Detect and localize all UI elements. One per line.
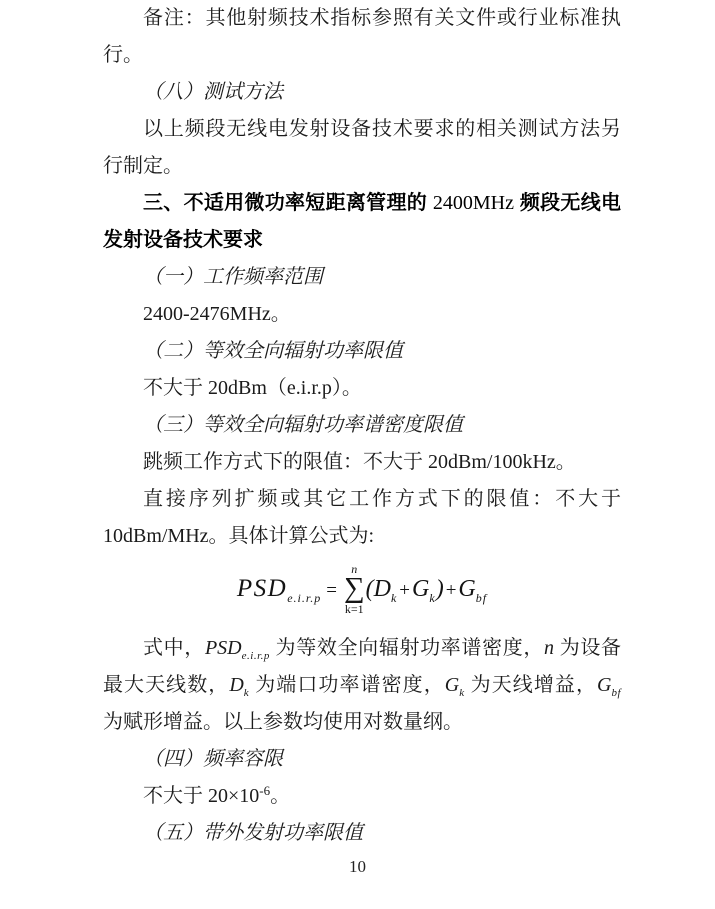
section-3-heading-pre: 三、不适用微功率短距离管理的 — [143, 192, 433, 214]
formula-var-d: D — [374, 576, 391, 602]
formula-sum-lower-limit: k=1 — [345, 603, 364, 616]
item-3-hopping-limit: 跳频工作方式下的限值：不大于 20dBm/100kHz。 — [103, 444, 621, 481]
formula-description-paragraph: 式中，PSDe.i.r.p 为等效全向辐射功率谱密度，n 为设备最大天线数，Dk… — [103, 630, 621, 741]
item-1-heading: （一）工作频率范围 — [103, 259, 621, 296]
desc-var-g2: G — [597, 674, 611, 696]
desc-var-n: n — [544, 637, 554, 659]
desc-seg4: 为端口功率谱密度， — [249, 674, 445, 696]
item-4-value: 不大于 20×10-6。 — [103, 778, 621, 815]
desc-seg2: 为等效全向辐射功率谱密度， — [270, 637, 544, 659]
desc-var-d: D — [229, 674, 243, 696]
desc-seg1: 式中， — [143, 637, 205, 659]
item-3-heading: （三）等效全向辐射功率谱密度限值 — [103, 407, 621, 444]
section-3-heading: 三、不适用微功率短距离管理的 2400MHz 频段无线电发射设备技术要求 — [103, 185, 621, 259]
formula-equals-sign: = — [326, 580, 337, 601]
desc-psd-symbol: PSD — [205, 637, 242, 659]
section-3-heading-frequency: 2400MHz — [433, 192, 514, 214]
psd-formula: PSDe.i.r.p=n∑k=1(Dk+Gk)+Gbf — [103, 555, 621, 630]
formula-open-paren: ( — [366, 576, 374, 602]
desc-seg6: 为赋形增益。以上参数均使用对数量纲。 — [103, 711, 463, 733]
test-method-paragraph: 以上频段无线电发射设备技术要求的相关测试方法另行制定。 — [103, 111, 621, 185]
formula-summation: n∑k=1 — [344, 563, 365, 616]
page-number: 10 — [0, 852, 715, 882]
formula-var-gbf-subscript: bf — [476, 591, 487, 605]
desc-seg5: 为天线增益， — [465, 674, 597, 696]
desc-var-g2-subscript: bf — [611, 687, 621, 699]
item-3-dsss-limit: 直接序列扩频或其它工作方式下的限值：不大于 10dBm/MHz。具体计算公式为: — [103, 481, 621, 555]
psd-formula-expression: PSDe.i.r.p=n∑k=1(Dk+Gk)+Gbf — [237, 563, 487, 622]
sigma-symbol: ∑ — [344, 575, 365, 603]
desc-var-g1: G — [445, 674, 459, 696]
formula-var-d-subscript: k — [391, 591, 397, 605]
formula-var-g: G — [412, 576, 429, 602]
formula-close-paren: ) — [436, 576, 444, 602]
formula-var-gbf: G — [458, 576, 475, 602]
frequency-tolerance-exponent: -6 — [259, 783, 270, 798]
document-page: 备注：其他射频技术指标参照有关文件或行业标准执行。 （八）测试方法 以上频段无线… — [0, 0, 715, 909]
subsection-8-heading: （八）测试方法 — [103, 74, 621, 111]
item-1-value: 2400-2476MHz。 — [103, 296, 621, 333]
item-5-heading: （五）带外发射功率限值 — [103, 815, 621, 852]
frequency-tolerance-end: 。 — [270, 785, 290, 807]
frequency-tolerance-base: 不大于 20×10 — [143, 785, 259, 807]
item-4-heading: （四）频率容限 — [103, 741, 621, 778]
formula-psd-symbol: PSD — [237, 575, 287, 602]
formula-plus-inner: + — [399, 580, 410, 601]
remark-paragraph: 备注：其他射频技术指标参照有关文件或行业标准执行。 — [103, 0, 621, 74]
desc-psd-subscript: e.i.r.p — [242, 650, 270, 662]
item-2-value: 不大于 20dBm（e.i.r.p）。 — [103, 370, 621, 407]
item-2-heading: （二）等效全向辐射功率限值 — [103, 333, 621, 370]
formula-plus-outer: + — [446, 580, 457, 601]
formula-psd-subscript: e.i.r.p — [287, 591, 321, 605]
